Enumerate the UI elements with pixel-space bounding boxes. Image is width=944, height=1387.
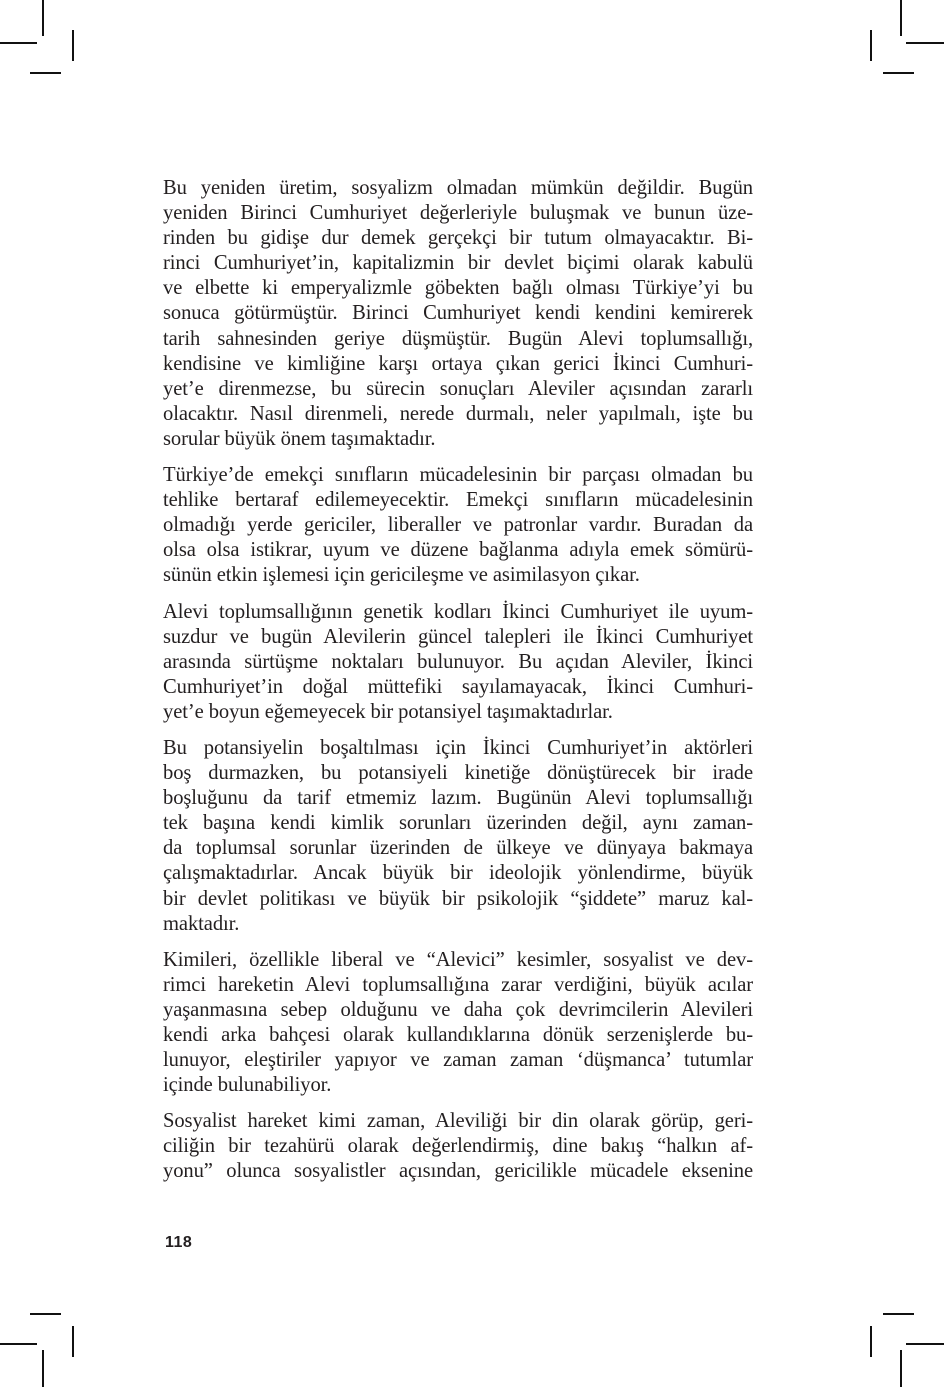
text-line: yeniden Birinci Cumhuriyet değerleriyle … [163, 201, 753, 226]
crop-mark-top-left-vertical [42, 0, 44, 36]
crop-mark-bottom-left-inner-horizontal [30, 1313, 61, 1315]
text-line: Bu potansiyelin boşaltılması için İkinci… [163, 736, 753, 761]
crop-mark-bottom-left-vertical [42, 1350, 44, 1387]
text-line: tarih sahnesinden geriye düşmüştür. Bugü… [163, 327, 753, 352]
text-line: tehlike bertaraf edilemeyecektir. Emekçi… [163, 488, 753, 513]
text-line: maktadır. [163, 912, 753, 937]
text-line: rimci hareketin Alevi toplumsallığına za… [163, 973, 753, 998]
paragraph-1: Bu yeniden üretim, sosyalizm olmadan müm… [163, 176, 753, 452]
text-line: olmadığı yerde gericiler, liberaller ve … [163, 513, 753, 538]
crop-mark-top-right-horizontal [906, 42, 944, 44]
crop-mark-bottom-left-inner-vertical [72, 1326, 74, 1357]
crop-mark-top-right-inner-vertical [870, 30, 872, 61]
paragraph-2: Türkiye’de emekçi sınıfların mücadelesin… [163, 463, 753, 588]
crop-mark-bottom-right-vertical [900, 1350, 902, 1387]
text-line: da toplumsal sorunlar üzerinden de ülkey… [163, 836, 753, 861]
text-line: lunuyor, eleştiriler yapıyor ve zaman za… [163, 1048, 753, 1073]
text-line: arasında sürtüşme noktaları bulunuyor. B… [163, 650, 753, 675]
text-line: Cumhuriyet’in doğal müttefiki sayılamaya… [163, 675, 753, 700]
text-line: kendisine ve kimliğine karşı ortaya çıka… [163, 352, 753, 377]
text-line: kendi arka bahçesi olarak kullandıkların… [163, 1023, 753, 1048]
text-line: olsa olsa istikrar, uyum ve düzene bağla… [163, 538, 753, 563]
text-line: sonuca götürmüştür. Birinci Cumhuriyet k… [163, 301, 753, 326]
text-line: suzdur ve bugün Alevilerin güncel talepl… [163, 625, 753, 650]
crop-mark-top-left-inner-vertical [72, 30, 74, 61]
text-line: Kimileri, özellikle liberal ve “Alevici”… [163, 948, 753, 973]
text-line: ve elbette ki emperyalizmle göbekten bağ… [163, 276, 753, 301]
paragraph-6: Sosyalist hareket kimi zaman, Aleviliği … [163, 1109, 753, 1184]
crop-mark-top-left-inner-horizontal [30, 72, 61, 74]
text-line: bir devlet politikası ve büyük bir psiko… [163, 887, 753, 912]
text-line: içinde bulunabiliyor. [163, 1073, 753, 1098]
text-line: Bu yeniden üretim, sosyalizm olmadan müm… [163, 176, 753, 201]
text-line: boş durmazken, bu potansiyeli kinetiğe d… [163, 761, 753, 786]
text-line: yet’e direnmezse, bu sürecin sonuçları A… [163, 377, 753, 402]
text-line: olacaktır. Nasıl direnmeli, nerede durma… [163, 402, 753, 427]
text-line: çalışmaktadırlar. Ancak büyük bir ideolo… [163, 861, 753, 886]
paragraph-4: Bu potansiyelin boşaltılması için İkinci… [163, 736, 753, 937]
crop-mark-bottom-left-horizontal [0, 1343, 37, 1345]
page-body: Bu yeniden üretim, sosyalizm olmadan müm… [163, 176, 753, 1196]
text-line: boşluğunu da tarif etmemiz lazım. Bugünü… [163, 786, 753, 811]
text-line: yonu” olunca sosyalistler açısından, ger… [163, 1159, 753, 1184]
text-line: Türkiye’de emekçi sınıfların mücadelesin… [163, 463, 753, 488]
text-line: rinden bu gidişe dur demek gerçekçi bir … [163, 226, 753, 251]
text-line: Alevi toplumsallığının genetik kodları İ… [163, 600, 753, 625]
text-line: ciliğin bir tezahürü olarak değerlendirm… [163, 1134, 753, 1159]
text-line: sünün etkin işlemesi için gericileşme ve… [163, 563, 753, 588]
page-number: 118 [165, 1234, 192, 1252]
crop-mark-bottom-right-inner-vertical [870, 1326, 872, 1357]
paragraph-3: Alevi toplumsallığının genetik kodları İ… [163, 600, 753, 725]
crop-mark-bottom-right-inner-horizontal [883, 1313, 914, 1315]
crop-mark-top-right-inner-horizontal [883, 72, 914, 74]
paragraph-5: Kimileri, özellikle liberal ve “Alevici”… [163, 948, 753, 1099]
text-line: yet’e boyun eğemeyecek bir potansiyel ta… [163, 700, 753, 725]
crop-mark-top-right-vertical [900, 0, 902, 36]
text-line: sorular büyük önem taşımaktadır. [163, 427, 753, 452]
text-line: tek başına kendi kimlik sorunları üzerin… [163, 811, 753, 836]
crop-mark-bottom-right-horizontal [906, 1343, 944, 1345]
text-line: yaşanmasına sebep olduğunu ve daha çok d… [163, 998, 753, 1023]
text-line: Sosyalist hareket kimi zaman, Aleviliği … [163, 1109, 753, 1134]
text-line: rinci Cumhuriyet’in, kapitalizmin bir de… [163, 251, 753, 276]
crop-mark-top-left-horizontal [0, 42, 37, 44]
